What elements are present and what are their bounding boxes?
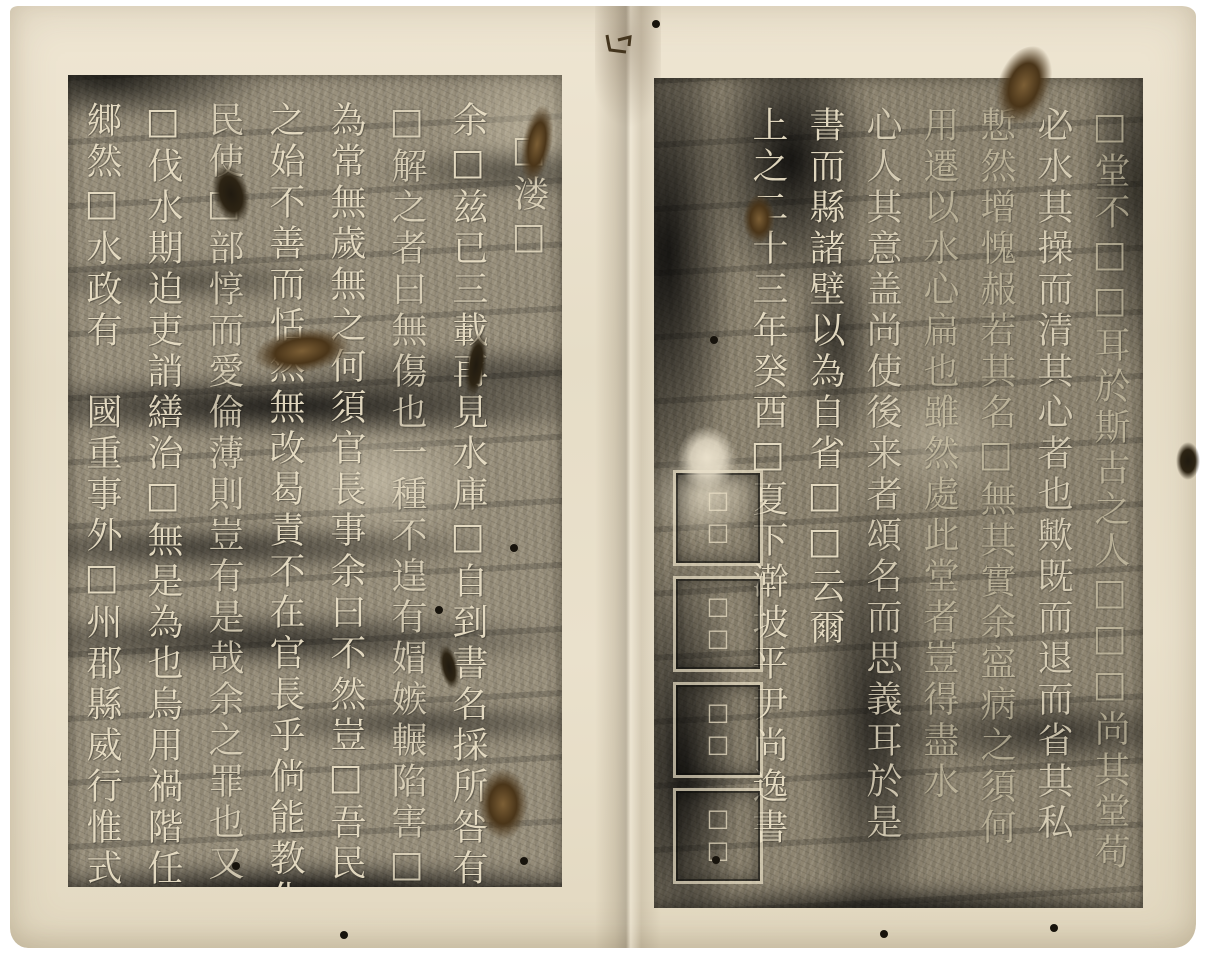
text-column-left-7: □伐水期迫吏誚繕治□無是為也烏用禍階任 [144, 101, 180, 881]
text-column-right-2: 必水其操而清其心者也歟既而退而省其私 [1034, 106, 1070, 902]
seal-impression-4: □□ [673, 788, 763, 884]
text-column-right-3: 慙然增愧赧若其名□無其實余寍病之須何 [977, 106, 1013, 902]
text-column-right-1: □堂不□□耳於斯古之人□□□尚其堂苟 [1091, 106, 1127, 902]
ink-blot [1176, 442, 1200, 480]
wormhole [1050, 924, 1058, 932]
wormhole [880, 930, 888, 938]
text-column-left-4: 為常無歲無之何須官長事余曰不然豈□吾民 [327, 101, 363, 881]
text-column-left-5: 之始不善而恬然無改曷責不在官長乎倘能教化 [266, 101, 302, 881]
center-fold-gutter [595, 6, 661, 948]
text-column-left-2: 余□兹已三載再見水庫□自到書名採所咎有 [449, 101, 485, 881]
seal-impression-3: □□ [673, 682, 763, 778]
fold-ink-mark [596, 26, 640, 60]
wormhole [520, 857, 528, 865]
wormhole [340, 931, 348, 939]
seal-impression-2: □□ [673, 576, 763, 672]
text-column-left-8: 郷然□水政有 國重事外□州郡縣威行惟式不可 [83, 101, 119, 881]
text-column-right-4: 用遷以水心扁也雖然處此堂者豈得盡水 [920, 106, 956, 902]
seal-strip: □□ □□ □□ □□ [662, 470, 774, 900]
left-page-text-block: □溇□ 余□兹已三載再見水庫□自到書名採所咎有 □解之者曰無傷也一種不遑有媢嫉輾… [68, 75, 562, 887]
text-column-right-5: 心人其意盖尚使後来者頌名而思義耳於是 [863, 106, 899, 902]
wormhole [510, 544, 518, 552]
right-page-rubbing-panel: □堂不□□耳於斯古之人□□□尚其堂苟 必水其操而清其心者也歟既而退而省其私 慙然… [654, 78, 1143, 908]
album-sheet: □溇□ 余□兹已三載再見水庫□自到書名採所咎有 □解之者曰無傷也一種不遑有媢嫉輾… [10, 6, 1196, 948]
wormhole [712, 856, 720, 864]
text-column-right-6: 書而縣諸壁以為自省□□云爾 [806, 106, 842, 902]
seal-impression-1: □□ [673, 470, 763, 566]
left-page-rubbing-panel: □溇□ 余□兹已三載再見水庫□自到書名採所咎有 □解之者曰無傷也一種不遑有媢嫉輾… [68, 75, 562, 887]
text-column-left-1: □溇□ [510, 129, 546, 881]
wormhole [435, 606, 443, 614]
wormhole [652, 20, 660, 28]
text-column-left-3: □解之者曰無傷也一種不遑有媢嫉輾陷害□ [388, 101, 424, 881]
wormhole [710, 336, 718, 344]
wormhole [232, 862, 240, 870]
text-column-left-6: 民使□部惇而愛倫薄則豈有是哉余之罪也又 [205, 101, 241, 881]
